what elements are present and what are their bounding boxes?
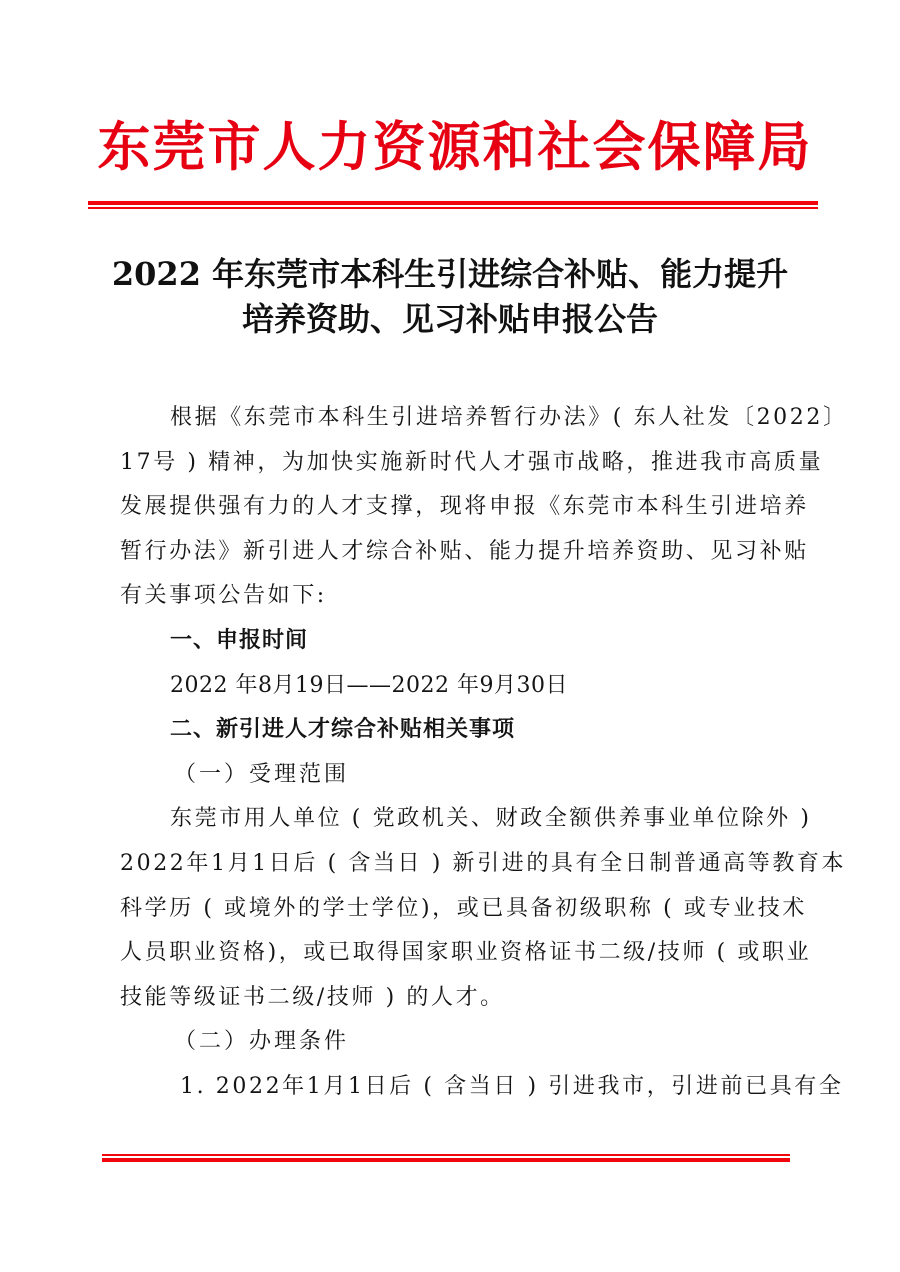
title-line-1: 2022 年东莞市本科生引进综合补贴、能力提升 [100, 252, 800, 297]
section-heading-subsidy-matters: 二、新引进人才综合补贴相关事项 [120, 708, 792, 753]
scope-line: 人员职业资格)，或已取得国家职业资格证书二级/技师 ( 或职业 [120, 931, 792, 976]
subheading-conditions: （二）办理条件 [120, 1020, 792, 1065]
scope-line: 2022年1月1日后 ( 含当日 ) 新引进的具有全日制普通高等教育本 [120, 842, 792, 887]
letterhead-rule-thick [88, 201, 818, 205]
intro-line: 暂行办法》新引进人才综合补贴、能力提升培养资助、见习补贴 [120, 530, 792, 575]
application-date-range: 2022 年8月19日——2022 年9月30日 [120, 664, 792, 709]
condition-item-1: 1. 2022年1月1日后 ( 含当日 ) 引进我市，引进前已具有全 [120, 1065, 792, 1110]
intro-line: 有关事项公告如下: [120, 574, 792, 619]
intro-line: 根据《东莞市本科生引进培养暂行办法》( 东人社发〔2022〕 [120, 396, 792, 441]
document-body: 根据《东莞市本科生引进培养暂行办法》( 东人社发〔2022〕 17号 ) 精神，… [120, 396, 792, 1110]
scope-line: 科学历 ( 或境外的学士学位)，或已具备初级职称 ( 或专业技术 [120, 887, 792, 932]
section-heading-application-period: 一、申报时间 [120, 619, 792, 664]
letterhead-org-name: 东莞市人力资源和社会保障局 [90, 112, 820, 182]
document-title: 2022 年东莞市本科生引进综合补贴、能力提升 培养资助、见习补贴申报公告 [100, 252, 800, 342]
letterhead-rule-thin [88, 207, 818, 209]
title-line-2: 培养资助、见习补贴申报公告 [100, 297, 800, 342]
intro-line: 发展提供强有力的人才支撑，现将申报《东莞市本科生引进培养 [120, 485, 792, 530]
footer-rule-thin [102, 1154, 790, 1156]
scope-line: 技能等级证书二级/技师 ) 的人才。 [120, 976, 792, 1021]
intro-line: 17号 ) 精神，为加快实施新时代人才强市战略，推进我市高质量 [120, 441, 792, 486]
scope-line: 东莞市用人单位 ( 党政机关、财政全额供养事业单位除外 ) [120, 797, 792, 842]
document-page: 东莞市人力资源和社会保障局 2022 年东莞市本科生引进综合补贴、能力提升 培养… [0, 0, 900, 1272]
footer-rule-thick [102, 1158, 790, 1162]
subheading-scope: （一）受理范围 [120, 753, 792, 798]
